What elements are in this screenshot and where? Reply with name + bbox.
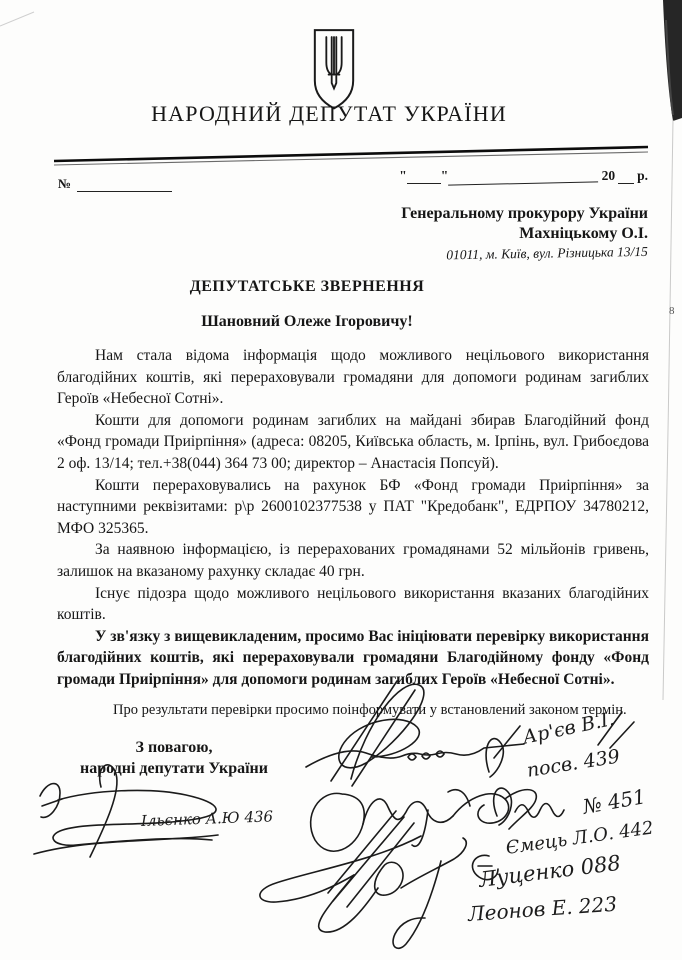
salutation: Шановний Олеже Ігоровичу!: [57, 313, 557, 331]
closing-regards: З повагою,: [78, 737, 270, 758]
paragraph-5: Існує підозра щодо можливого нецільового…: [57, 583, 649, 626]
date-day-blank: [407, 171, 441, 184]
date-row: "" 20р.: [399, 168, 648, 184]
date-open-quote: ": [399, 168, 407, 183]
number-blank-line: [77, 179, 172, 192]
closing-signers: народні депутати України: [78, 758, 270, 779]
paragraph-2: Кошти для допомоги родинам загиблих на м…: [57, 410, 649, 475]
paragraph-6-request: У зв'язку з вищевикладеним, просимо Вас …: [57, 626, 649, 691]
addressee-address: 01011, м. Київ, вул. Різницька 13/15: [401, 242, 648, 266]
date-year-blank: [618, 171, 634, 184]
letter-body: Нам стала відома інформація щодо можливо…: [57, 345, 649, 720]
paragraph-3: Кошти перераховувались на рахунок БФ «Фо…: [57, 475, 649, 540]
closing-block: З повагою, народні депутати України: [78, 737, 270, 779]
scan-top-left-line: [0, 12, 34, 26]
date-year-prefix: 20: [602, 168, 616, 183]
addressee-name: Махніцькому О.І.: [401, 224, 648, 244]
letterhead-rule: [52, 142, 650, 168]
date-year-suffix: р.: [637, 168, 648, 183]
letterhead-title: НАРОДНИЙ ДЕПУТАТ УКРАЇНИ: [0, 101, 658, 127]
scan-fold-line: [663, 120, 673, 700]
trident-glyph: [326, 37, 341, 88]
page-edge-mark: 8: [669, 305, 675, 317]
paragraph-4: За наявною інформацією, із перерахованих…: [57, 539, 649, 582]
addressee-block: Генеральному прокурору України Махніцько…: [401, 204, 648, 264]
scanned-letter-page: 8 НАРОДНИЙ ДЕПУТАТ УКРАЇНИ № "" 20р.: [0, 0, 682, 960]
date-month-blank: [448, 169, 598, 185]
number-label: №: [58, 176, 71, 191]
document-title: ДЕПУТАТСЬКЕ ЗВЕРНЕННЯ: [57, 278, 557, 296]
paragraph-7-note: Про результати перевірки просимо поінфор…: [57, 700, 649, 720]
addressee-position: Генеральному прокурору України: [401, 204, 648, 224]
paragraph-1: Нам стала відома інформація щодо можливо…: [57, 345, 649, 410]
reference-number-row: №: [58, 176, 172, 192]
